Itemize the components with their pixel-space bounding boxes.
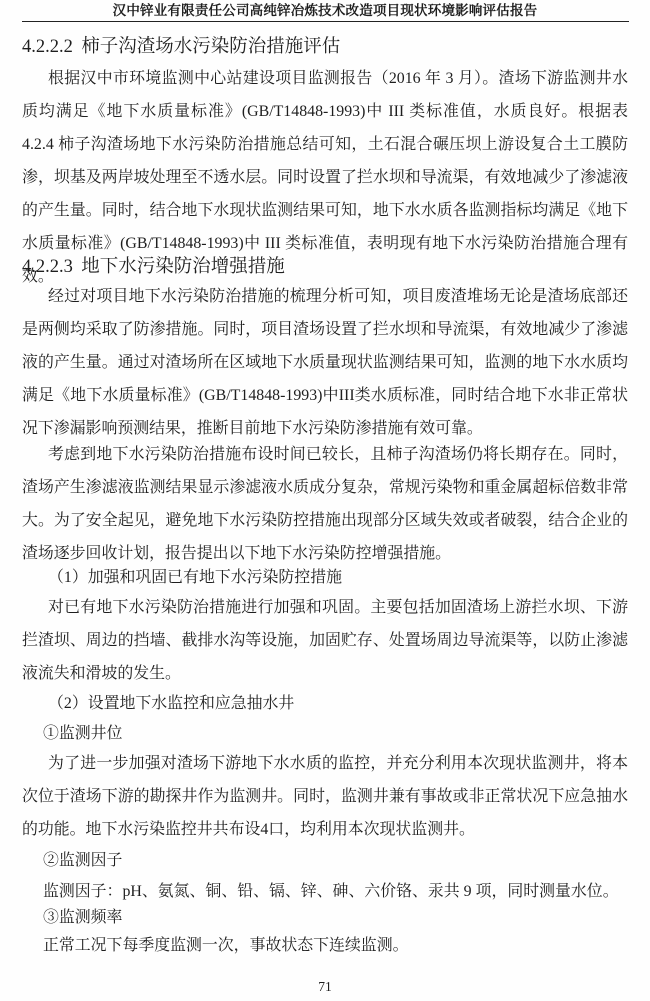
section-title: 地下水污染防治增强措施 xyxy=(81,257,285,277)
page-number: 71 xyxy=(0,978,650,996)
section-number: 4.2.2.3 xyxy=(22,257,73,277)
paragraph-well-location-details: 为了进一步加强对渣场下游地下水水质的监控，并充分利用本次现状监测井，将本次位于渣… xyxy=(22,747,628,846)
section-title: 柿子沟渣场水污染防治措施评估 xyxy=(81,37,340,57)
sub-item-well-location: ①监测井位 xyxy=(22,717,628,750)
section-number: 4.2.2.2 xyxy=(22,37,73,57)
section-heading-4-2-2-2: 4.2.2.2柿子沟渣场水污染防治措施评估 xyxy=(22,31,629,64)
paragraph-reinforcement-details: 对已有地下水污染防治措施进行加强和巩固。主要包括加固渣场上游拦水坝、下游拦渣坝、… xyxy=(22,591,628,690)
document-page: 汉中锌业有限责任公司高纯锌冶炼技术改造项目现状环境影响评估报告 4.2.2.2柿… xyxy=(0,0,650,1001)
sub-item-monitoring-factors: ②监测因子 xyxy=(22,844,628,877)
paragraph-risk-consideration: 考虑到地下水污染防治措施布设时间已较长，且柿子沟渣场仍将长期存在。同时，渣场产生… xyxy=(22,438,628,570)
list-item-1-strengthen-measures: （1）加强和巩固已有地下水污染防控措施 xyxy=(22,561,628,594)
paragraph-seepage-prevention-analysis: 经过对项目地下水污染防治措施的梳理分析可知，项目废渣堆场无论是渣场底部还是两侧均… xyxy=(22,280,628,445)
list-item-2-monitoring-wells: （2）设置地下水监控和应急抽水井 xyxy=(22,687,628,720)
paragraph-monitoring-frequency-details: 正常工况下每季度监测一次，事故状态下连续监测。 xyxy=(22,929,628,962)
report-header-title: 汉中锌业有限责任公司高纯锌冶炼技术改造项目现状环境影响评估报告 xyxy=(0,0,650,21)
header-divider-rule xyxy=(22,21,629,22)
